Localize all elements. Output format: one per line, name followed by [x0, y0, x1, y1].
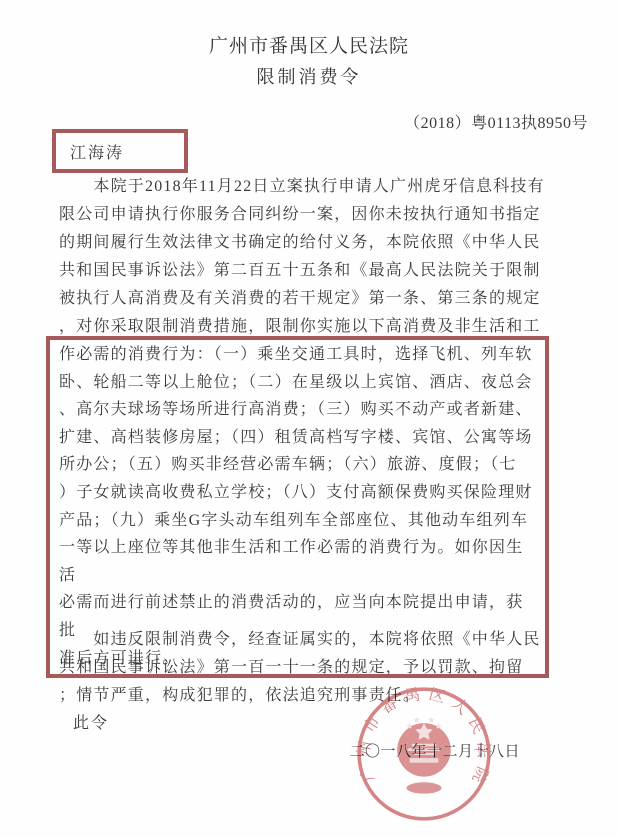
- person-name: 江海涛: [70, 140, 124, 163]
- restrictions-text: 作必需的消费行为：（一）乘坐交通工具时，选择飞机、列车软 卧、轮船二等以上舱位；…: [59, 341, 539, 672]
- emblem-ribbon-icon: [407, 782, 442, 793]
- paragraph-intro: 本院于2018年11月22日立案执行申请人广州虎牙信息科技有 限公司申请执行你服…: [59, 173, 559, 341]
- court-name: 广州市番禺区人民法院: [0, 31, 618, 58]
- closing-phrase: 此令: [73, 710, 109, 738]
- case-number: （2018）粤0113执8950号: [404, 110, 588, 133]
- person-name-highlight-box: 江海涛: [52, 129, 188, 173]
- national-emblem-icon: [397, 717, 451, 794]
- emblem-small-star-icon: [428, 717, 434, 723]
- court-seal-stamp: 广州市番禺区人民法院: [354, 684, 494, 824]
- document-title: 限制消费令: [0, 63, 618, 89]
- document-page: 广州市番禺区人民法院 限制消费令 （2018）粤0113执8950号 江海涛 本…: [0, 0, 618, 837]
- emblem-small-star-icon: [414, 717, 420, 723]
